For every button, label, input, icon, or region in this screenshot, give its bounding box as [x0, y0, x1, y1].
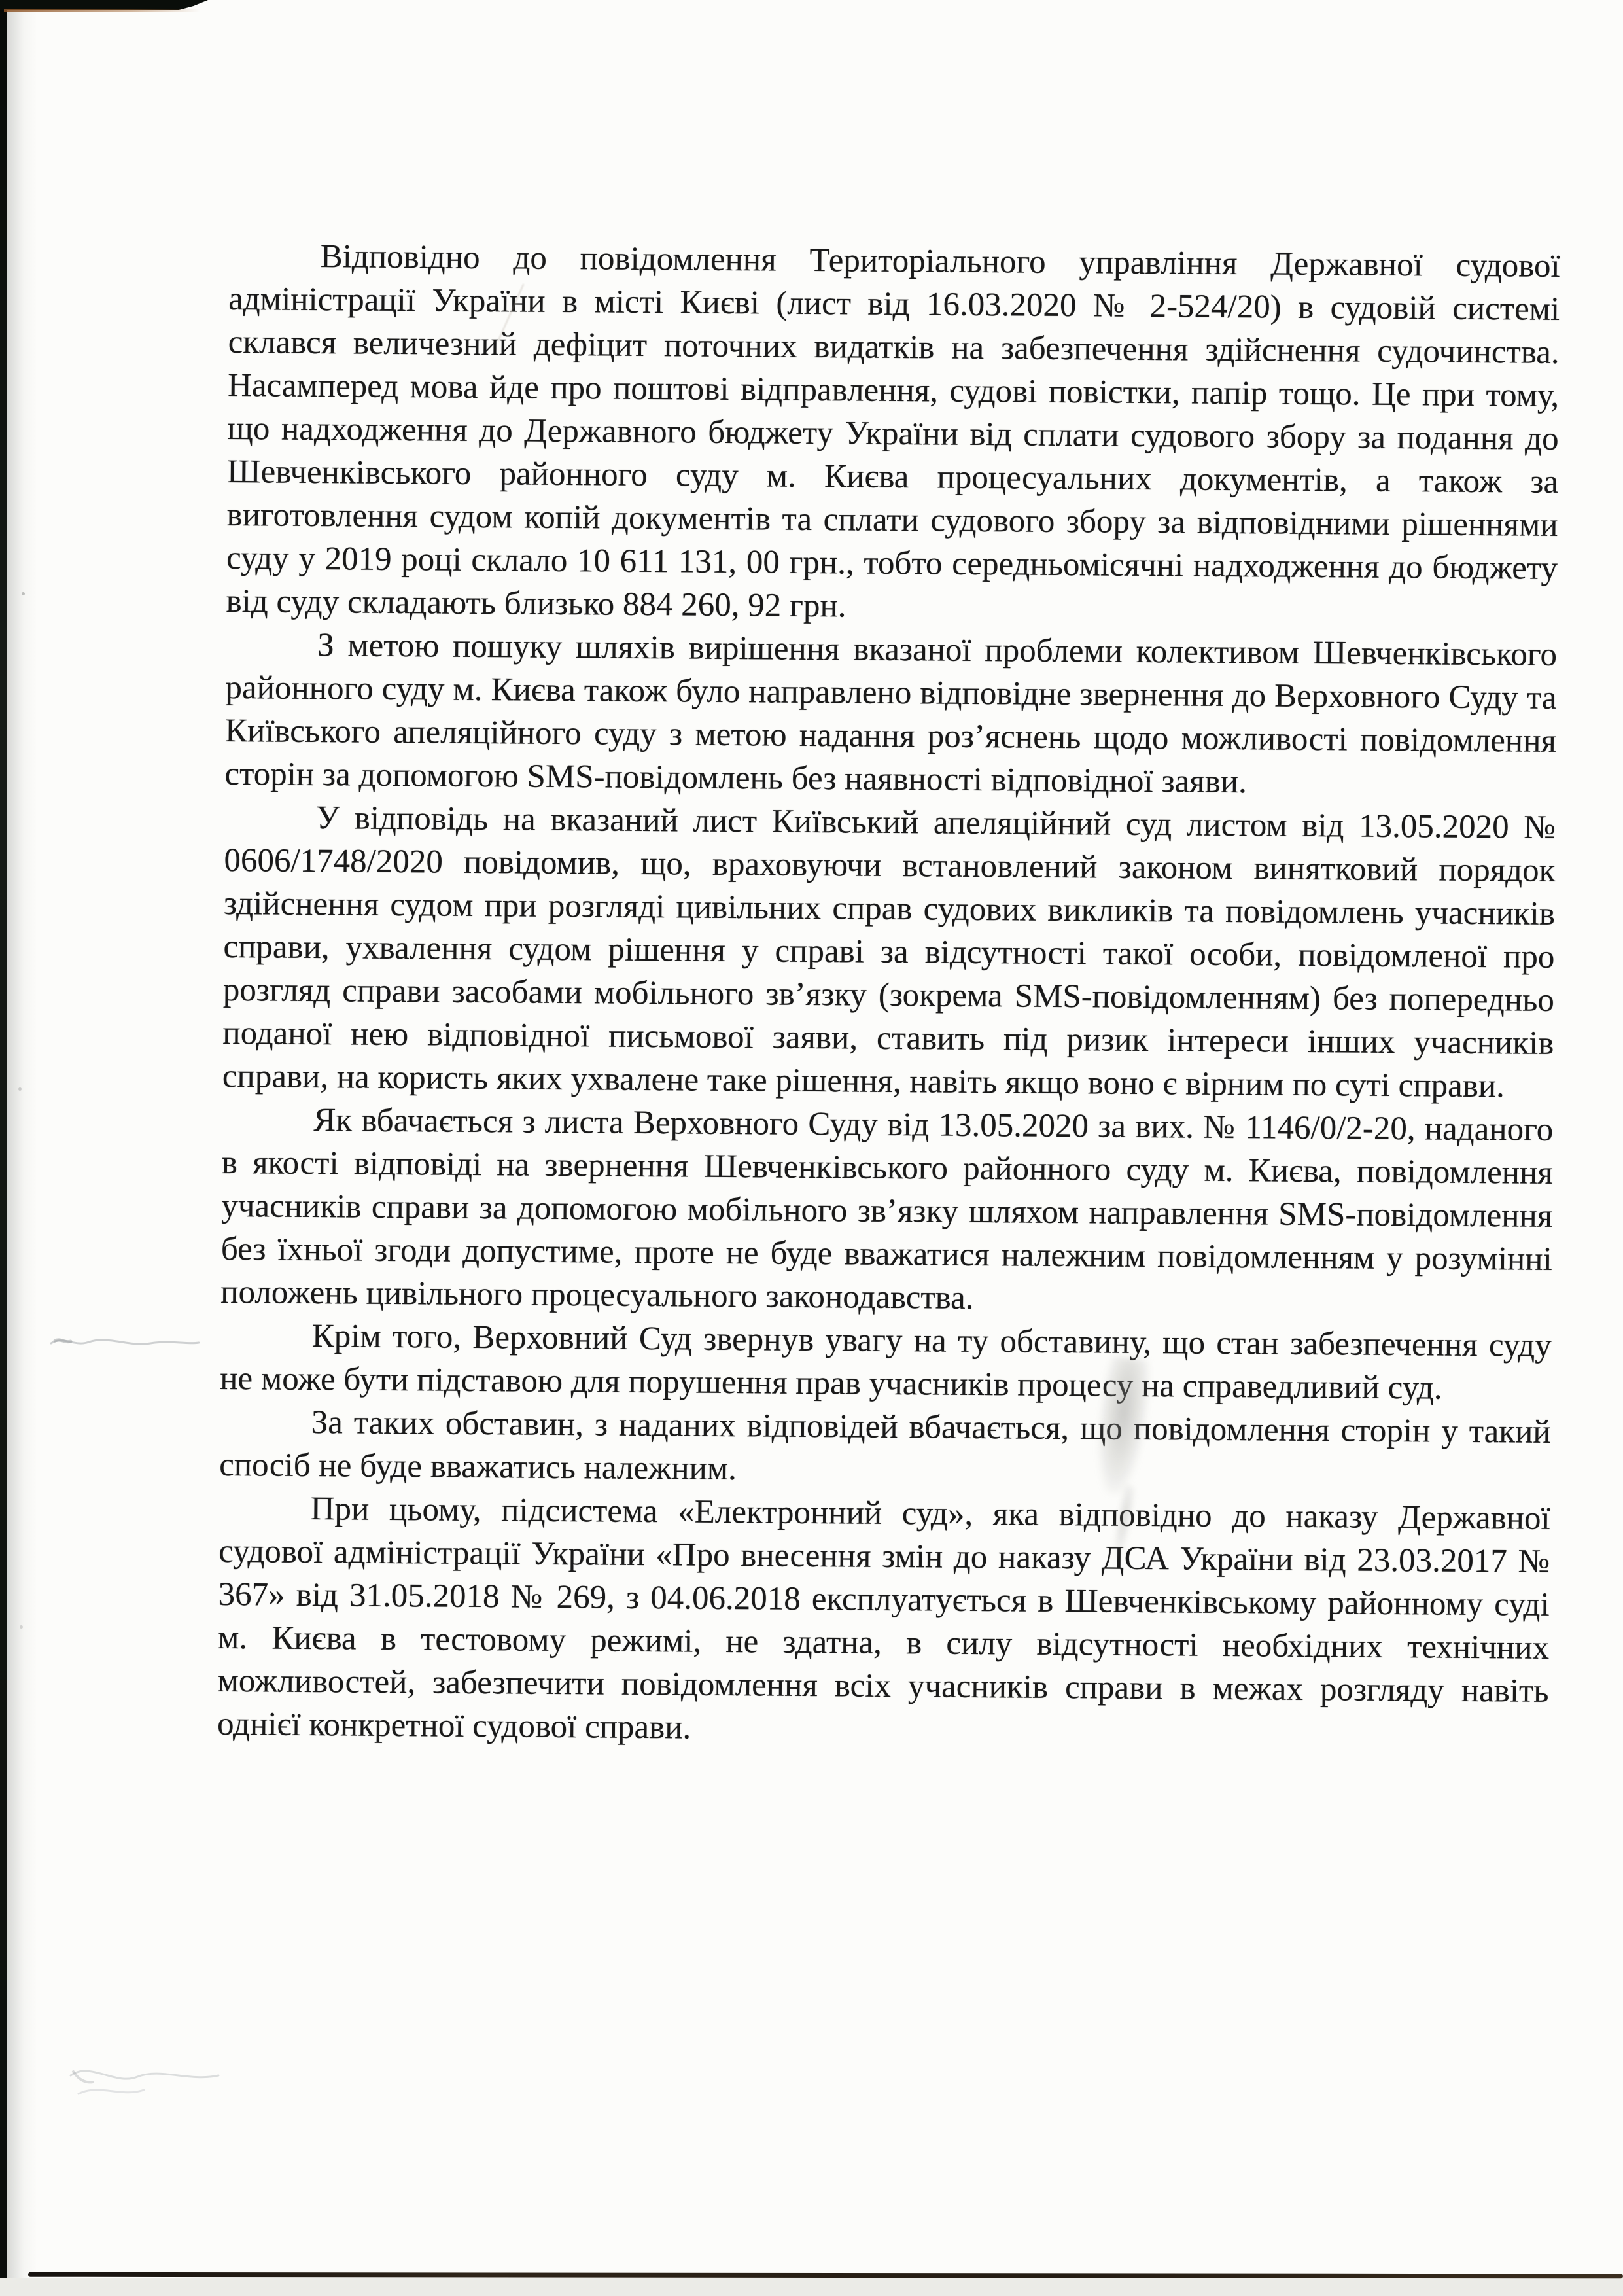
dust-speck — [22, 592, 25, 595]
paragraph: З метою пошуку шляхів вирішення вказаної… — [224, 623, 1557, 806]
scanned-page: Відповідно до повідомлення Територіально… — [0, 0, 1623, 2296]
paragraph: За таких обставин, з наданих відповідей … — [219, 1400, 1551, 1497]
dust-speck — [20, 1625, 23, 1629]
paragraph: Крім того, Верховний Суд звернув увагу н… — [220, 1314, 1552, 1411]
scanner-left-edge-strip — [0, 0, 7, 2296]
dust-speck — [18, 1087, 22, 1091]
scan-bed-below-page — [0, 2278, 1623, 2296]
document-text: Відповідно до повідомлення Територіально… — [217, 234, 1560, 1756]
scanner-top-band-fringe — [4, 9, 200, 12]
page-bottom-edge-shadow — [28, 2272, 1623, 2279]
scanner-top-left-band — [0, 0, 208, 10]
paragraph: При цьому, підсистема «Електронний суд»,… — [217, 1487, 1550, 1756]
paper-left-edge-shadow — [7, 0, 37, 2296]
pencil-mark-bottom-left — [59, 2048, 229, 2120]
paragraph: Як вбачається з листа Верховного Суду ві… — [220, 1098, 1554, 1324]
pencil-mark-left-margin — [46, 1318, 203, 1364]
paragraph: Відповідно до повідомлення Територіально… — [226, 234, 1560, 633]
paragraph: У відповідь на вказаний лист Київський а… — [222, 796, 1556, 1108]
